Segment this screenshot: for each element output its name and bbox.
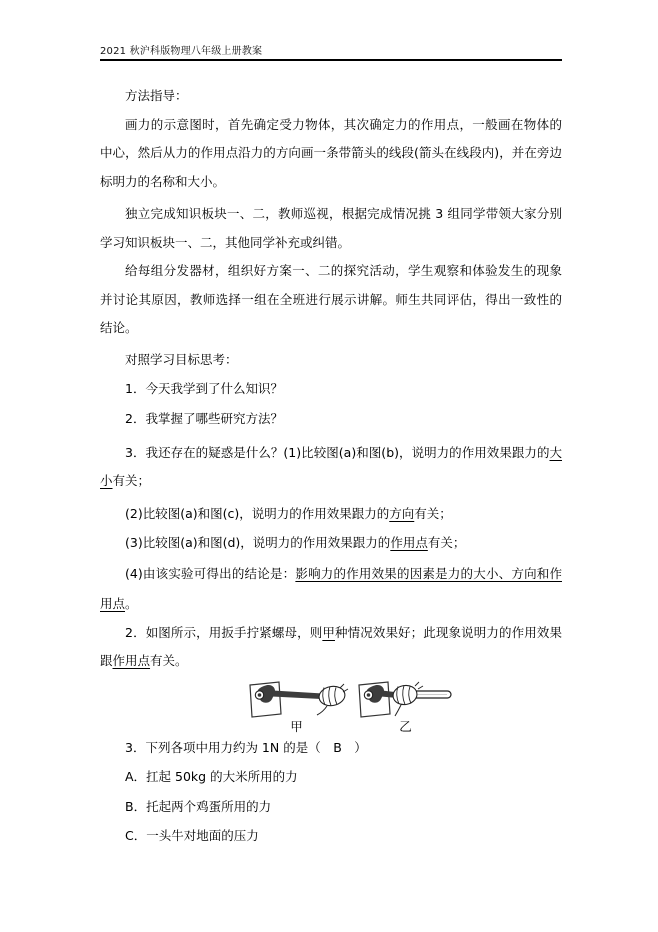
question-3-part2: (2)比较图(a)和图(c)，说明力的作用效果跟力的方向有关；	[100, 499, 562, 528]
wrench-figure-jia: 甲	[244, 678, 349, 733]
text-segment: 有关。	[150, 653, 188, 668]
text-segment: 有关；	[428, 535, 466, 550]
document-body: 方法指导：画力的示意图时，首先确定受力物体，其次确定力的作用点，一般画在物体的中…	[100, 82, 562, 676]
figure-label-jia: 甲	[244, 721, 349, 733]
text-segment: 3．下列各项中用力约为 1N 的是（ B ）	[125, 740, 367, 755]
text-segment: 2．我掌握了哪些研究方法？	[125, 411, 283, 426]
option-b: B．托起两个鸡蛋所用的力	[100, 792, 562, 822]
option-a: A．扛起 50kg 的大米所用的力	[100, 762, 562, 792]
underlined-text: 作用点	[390, 535, 428, 550]
question-3-part1: 3．我还存在的疑惑是什么？(1)比较图(a)和图(b)，说明力的作用效果跟力的大…	[100, 439, 562, 496]
text-segment: (2)比较图(a)和图(c)，说明力的作用效果跟力的	[125, 506, 389, 521]
method-guidance-heading: 方法指导：	[100, 82, 562, 111]
document-page: 方法指导：画力的示意图时，首先确定受力物体，其次确定力的作用点，一般画在物体的中…	[100, 82, 562, 851]
text-segment: 独立完成知识板块一、二，教师巡视，根据完成情况挑 3 组同学带领大家分别学习知识…	[100, 206, 562, 250]
exercise-3-stem: 3．下列各项中用力约为 1N 的是（ B ）	[100, 733, 562, 763]
text-segment: 3．我还存在的疑惑是什么？(1)比较图(a)和图(b)，说明力的作用效果跟力的	[125, 445, 549, 460]
para-equipment-distribution: 给每组分发器材，组织好方案一、二的探究活动，学生观察和体验发生的现象并讨论其原因…	[100, 257, 562, 343]
text-segment: 有关；	[414, 506, 452, 521]
text-segment: A．扛起 50kg 的大米所用的力	[125, 769, 298, 784]
question-2: 2．我掌握了哪些研究方法？	[100, 404, 562, 433]
text-segment: 2．如图所示，用扳手拧紧螺母，则	[125, 625, 322, 640]
figure-label-yi: 乙	[353, 721, 458, 733]
text-segment: 给每组分发器材，组织好方案一、二的探究活动，学生观察和体验发生的现象并讨论其原因…	[100, 263, 562, 335]
question-3-part3: (3)比较图(a)和图(d)，说明力的作用效果跟力的作用点有关；	[100, 528, 562, 557]
text-segment: C．一头牛对地面的压力	[125, 828, 259, 843]
text-segment: 1．今天我学到了什么知识？	[125, 381, 283, 396]
underlined-text: 作用点	[113, 653, 151, 668]
text-segment: 画力的示意图时，首先确定受力物体，其次确定力的作用点，一般画在物体的中心，然后从…	[100, 117, 562, 189]
option-c: C．一头牛对地面的压力	[100, 821, 562, 851]
underlined-text: 甲	[322, 625, 335, 640]
exercise-2: 2．如图所示，用扳手拧紧螺母，则甲种情况效果好；此现象说明力的作用效果跟作用点有…	[100, 619, 562, 676]
wrench-far-grip-icon	[244, 678, 349, 724]
header-rule	[100, 59, 562, 61]
text-segment: 有关；	[113, 473, 151, 488]
text-segment: 。	[125, 596, 138, 611]
header-title: 2021 秋沪科版物理八年级上册教案	[100, 46, 262, 57]
text-segment: 对照学习目标思考：	[125, 352, 238, 367]
question-3-part4: (4)由该实验可得出的结论是：影响力的作用效果的因素是力的大小、方向和作用点。	[100, 559, 562, 619]
question-1: 1．今天我学到了什么知识？	[100, 374, 562, 403]
text-segment: B．托起两个鸡蛋所用的力	[125, 799, 271, 814]
para-independent-completion: 独立完成知识板块一、二，教师巡视，根据完成情况挑 3 组同学带领大家分别学习知识…	[100, 200, 562, 257]
para-force-diagram-method: 画力的示意图时，首先确定受力物体，其次确定力的作用点，一般画在物体的中心，然后从…	[100, 111, 562, 197]
text-segment: (4)由该实验可得出的结论是：	[125, 566, 295, 581]
text-segment: 方法指导：	[125, 88, 188, 103]
underlined-text: 方向	[389, 506, 414, 521]
wrench-near-grip-icon	[353, 678, 458, 724]
wrench-figure-yi: 乙	[353, 678, 458, 733]
page-header: 2021 秋沪科版物理八年级上册教案	[100, 42, 562, 57]
text-segment: (3)比较图(a)和图(d)，说明力的作用效果跟力的	[125, 535, 390, 550]
exercise-3-block: 3．下列各项中用力约为 1N 的是（ B ）A．扛起 50kg 的大米所用的力B…	[100, 733, 562, 851]
wrench-figure: 甲 乙	[120, 678, 582, 733]
para-learning-goal-reflection: 对照学习目标思考：	[100, 345, 562, 374]
